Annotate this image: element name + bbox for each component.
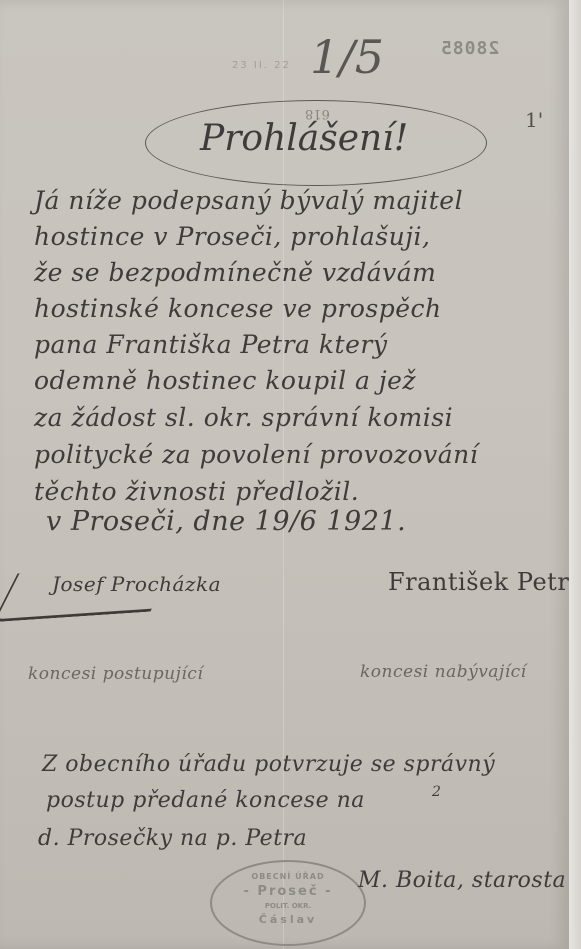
body-line: politycké za povolení provozování (34, 440, 478, 469)
attestation-line: Z obecního úřadu potvrzuje se správný (42, 752, 495, 777)
stamp-line: OBECNÍ ÚŘAD (212, 872, 364, 881)
stamp-line: Čáslav (212, 913, 364, 926)
body-line: že se bezpodmínečně vzdávám (34, 258, 436, 287)
signature-incoming: František Petr (388, 568, 569, 596)
place-and-date: v Proseči, dne 19/6 1921. (46, 506, 406, 537)
attestation-line: d. Prosečky na p. Petra (38, 826, 307, 851)
body-line: Já níže podepsaný bývalý majitel (34, 186, 463, 215)
body-line: odemně hostinec koupil a jež (34, 366, 416, 395)
body-line: pana Františka Petra který (34, 330, 387, 359)
body-line: hostince v Proseči, prohlašuji, (34, 222, 430, 251)
attestation-line: postup předané koncese na (46, 788, 365, 813)
stamp-line: POLIT. OKR. (212, 902, 364, 910)
municipal-office-stamp: OBECNÍ ÚŘAD - Proseč - POLIT. OKR. Čásla… (210, 860, 366, 946)
registry-number-stamp: 28085 (440, 38, 499, 59)
body-line: těchto živnosti předložil. (34, 477, 359, 506)
attestation-superscript: 2 (432, 784, 441, 800)
label-outgoing-licensee: koncesi postupující (28, 664, 203, 684)
body-line: za žádost sl. okr. správní komisi (34, 403, 453, 432)
margin-mark: 1' (525, 108, 543, 132)
label-incoming-licensee: koncesi nabývající (360, 662, 527, 682)
mayor-signature: M. Boita, starosta (358, 868, 566, 893)
registry-date-stamp: 23 II. 22 (232, 60, 291, 71)
page-edge (569, 0, 581, 949)
body-line: hostinské koncese ve prospěch (34, 294, 442, 323)
stamp-line: - Proseč - (212, 884, 364, 899)
reference-mark: 1/5 (310, 30, 384, 84)
signature-outgoing: Josef Procházka (52, 572, 221, 596)
document-title: Prohlášení! (200, 118, 408, 159)
